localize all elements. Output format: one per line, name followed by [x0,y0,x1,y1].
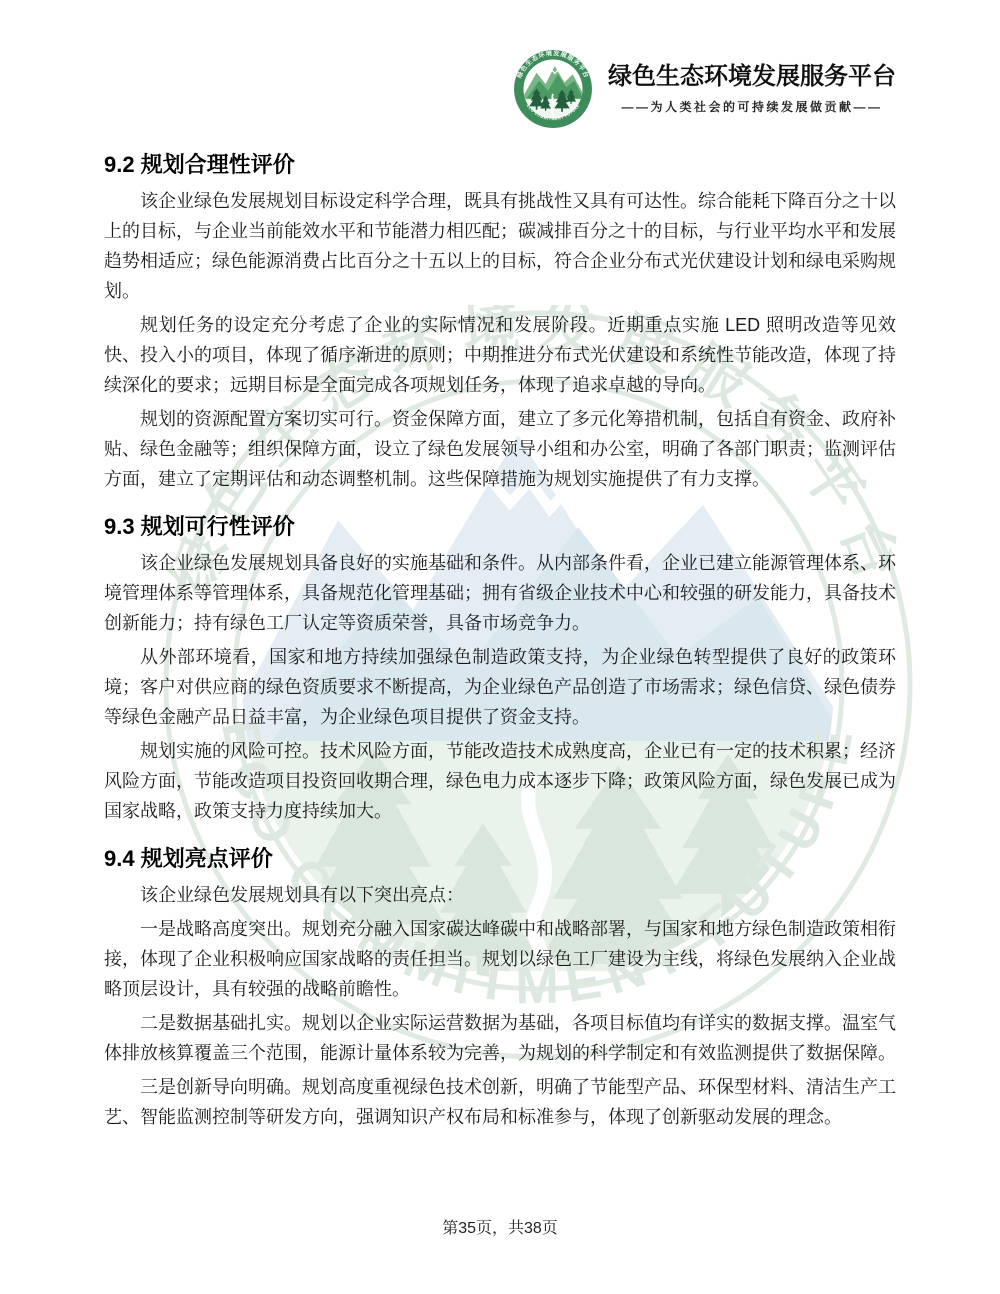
page-number: 第35页，共38页 [0,1215,1000,1238]
document-body: 9.2 规划合理性评价 该企业绿色发展规划目标设定科学合理，既具有挑战性又具有可… [0,130,1000,1132]
paragraph: 该企业绿色发展规划具有以下突出亮点： [104,880,896,910]
section-heading-9-4: 9.4 规划亮点评价 [104,846,896,872]
paragraph: 规划实施的风险可控。技术风险方面，节能改造技术成熟度高，企业已有一定的技术积累；… [104,736,896,826]
paragraph: 二是数据基础扎实。规划以企业实际运营数据为基础，各项目标值均有详实的数据支撑。温… [104,1008,896,1068]
platform-logo-icon: 绿色生态环境发展服务平台 ECO COMMITMENT FUTURE [512,48,594,130]
brand-tagline: ——为人类社会的可持续发展做贡献—— [621,98,882,115]
page-header: 绿色生态环境发展服务平台 ECO COMMITMENT FUTURE 绿色生态环… [0,0,1000,130]
section-heading-9-2: 9.2 规划合理性评价 [104,152,896,178]
section-heading-9-3: 9.3 规划可行性评价 [104,514,896,540]
paragraph: 规划的资源配置方案切实可行。资金保障方面，建立了多元化筹措机制，包括自有资金、政… [104,404,896,494]
paragraph: 该企业绿色发展规划具备良好的实施基础和条件。从内部条件看，企业已建立能源管理体系… [104,548,896,638]
brand-title: 绿色生态环境发展服务平台 [608,63,896,91]
paragraph: 该企业绿色发展规划目标设定科学合理，既具有挑战性又具有可达性。综合能耗下降百分之… [104,186,896,306]
paragraph: 三是创新导向明确。规划高度重视绿色技术创新，明确了节能型产品、环保型材料、清洁生… [104,1072,896,1132]
document-page: 绿色生态环境发展服务平台 ECO COMMITMENT FUTURE 绿色生态环… [0,0,1000,1132]
paragraph: 规划任务的设定充分考虑了企业的实际情况和发展阶段。近期重点实施 LED 照明改造… [104,310,896,400]
paragraph: 从外部环境看，国家和地方持续加强绿色制造政策支持，为企业绿色转型提供了良好的政策… [104,642,896,732]
paragraph: 一是战略高度突出。规划充分融入国家碳达峰碳中和战略部署，与国家和地方绿色制造政策… [104,914,896,1004]
brand-block: 绿色生态环境发展服务平台 ——为人类社会的可持续发展做贡献—— [608,63,896,115]
